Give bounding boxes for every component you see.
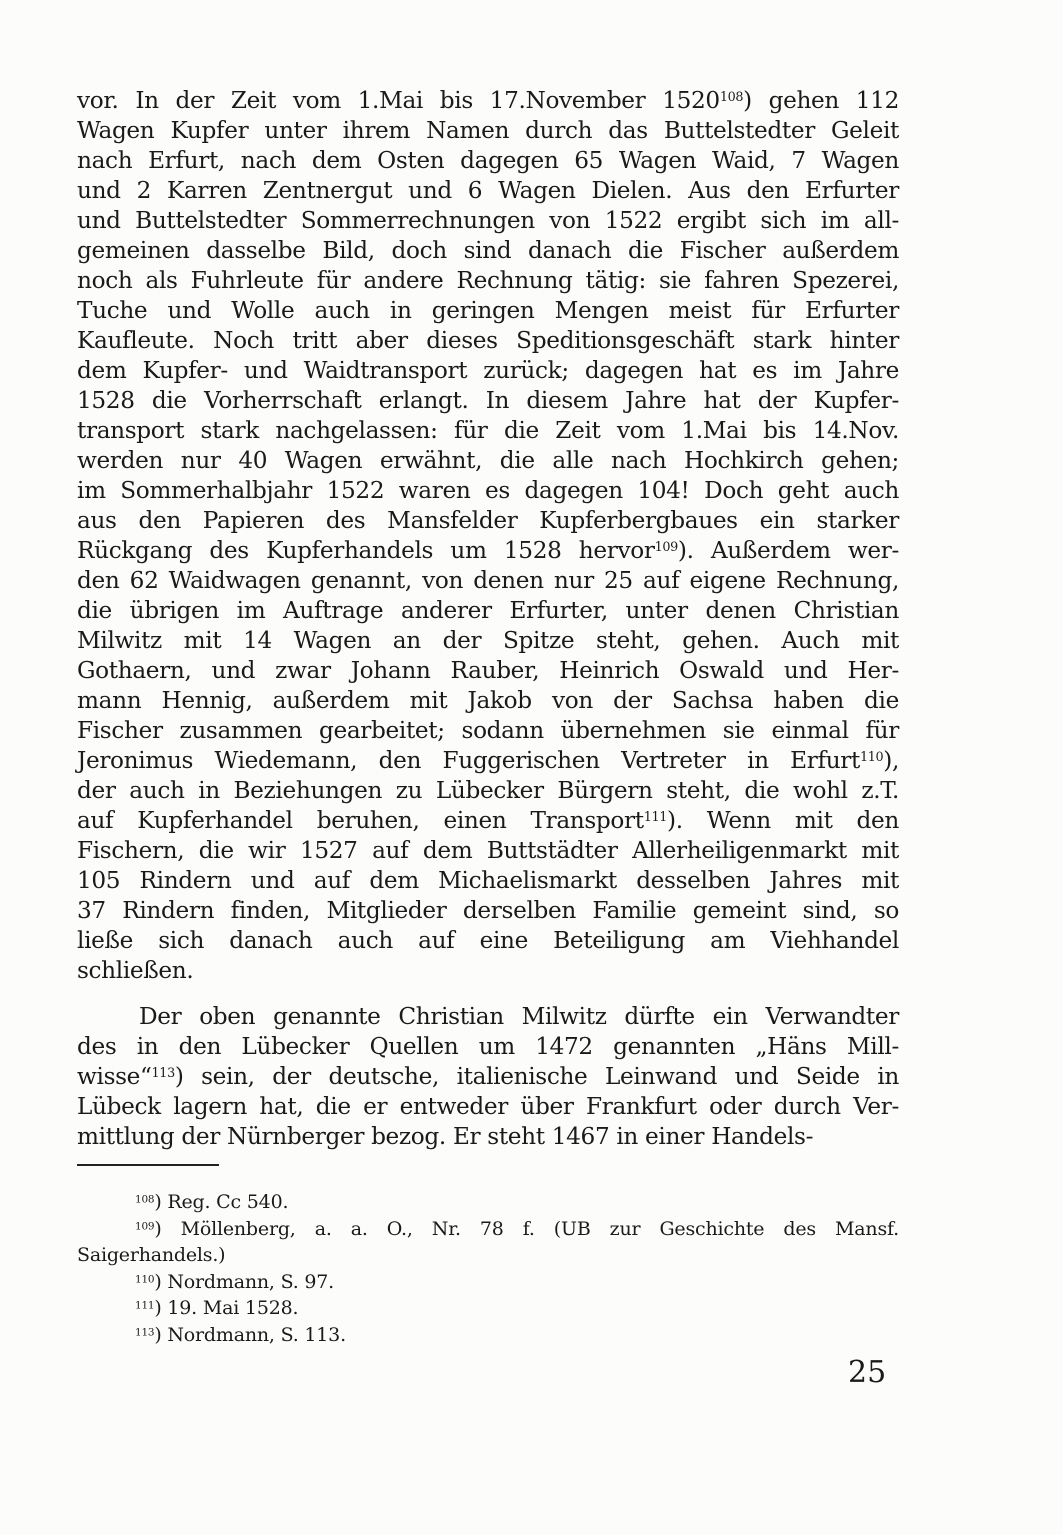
text-line: und 2 Karren Zentnergut und 6 Wagen Diel…: [77, 176, 899, 206]
text-line: mittlung der Nürnberger bezog. Er steht …: [77, 1122, 899, 1152]
text-line: Fischer zusammen gearbeitet; sodann über…: [77, 716, 899, 746]
footnote-number: 109: [135, 1220, 154, 1232]
footnote-ref[interactable]: 110: [860, 750, 883, 765]
text-line: des in den Lübecker Quellen um 1472 gena…: [77, 1032, 899, 1062]
footnote-number: 111: [135, 1299, 154, 1311]
text-line: 37 Rindern finden, Mitglieder derselben …: [77, 896, 899, 926]
text-line: wisse“113) sein, der deutsche, italienis…: [77, 1062, 899, 1092]
text-line: Gothaern, und zwar Johann Rauber, Heinri…: [77, 656, 899, 686]
footnote-continuation: Saigerhandels.): [77, 1242, 899, 1269]
text-line: Fischern, die wir 1527 auf dem Buttstädt…: [77, 836, 899, 866]
text-line: ließe sich danach auch auf eine Beteilig…: [77, 926, 899, 956]
text-line: gemeinen dasselbe Bild, doch sind danach…: [77, 236, 899, 266]
text-line: noch als Fuhrleute für andere Rechnung t…: [77, 266, 899, 296]
text-line: der auch in Beziehungen zu Lübecker Bürg…: [77, 776, 899, 806]
footnote: 113) Nordmann, S. 113.: [77, 1322, 899, 1349]
paragraph: vor. In der Zeit vom 1.Mai bis 17.Novemb…: [77, 86, 899, 986]
book-page: vor. In der Zeit vom 1.Mai bis 17.Novemb…: [0, 0, 1063, 1535]
text-line: 1528 die Vorherrschaft erlangt. In diese…: [77, 386, 899, 416]
footnote: 109) Möllenberg, a. a. O., Nr. 78 f. (UB…: [77, 1216, 899, 1243]
text-line: Kaufleute. Noch tritt aber dieses Spedit…: [77, 326, 899, 356]
text-line: Milwitz mit 14 Wagen an der Spitze steht…: [77, 626, 899, 656]
footnote: 108) Reg. Cc 540.: [77, 1189, 899, 1216]
text-line: vor. In der Zeit vom 1.Mai bis 17.Novemb…: [77, 86, 899, 116]
text-line: 105 Rindern und auf dem Michaelismarkt d…: [77, 866, 899, 896]
text-line: transport stark nachgelassen: für die Ze…: [77, 416, 899, 446]
text-line: schließen.: [77, 956, 899, 986]
text-line: werden nur 40 Wagen erwähnt, die alle na…: [77, 446, 899, 476]
text-line: mann Hennig, außerdem mit Jakob von der …: [77, 686, 899, 716]
footnote-ref[interactable]: 108: [720, 90, 743, 105]
main-text: vor. In der Zeit vom 1.Mai bis 17.Novemb…: [77, 86, 899, 1152]
footnote-number: 113: [135, 1326, 154, 1338]
text-line: und Buttelstedter Sommerrechnungen von 1…: [77, 206, 899, 236]
text-line: die übrigen im Auftrage anderer Erfurter…: [77, 596, 899, 626]
text-line: Der oben genannte Christian Milwitz dürf…: [77, 1002, 899, 1032]
footnote-ref[interactable]: 113: [152, 1066, 175, 1081]
text-line: Rückgang des Kupferhandels um 1528 hervo…: [77, 536, 899, 566]
text-line: aus den Papieren des Mansfelder Kupferbe…: [77, 506, 899, 536]
text-line: im Sommerhalbjahr 1522 waren es dagegen …: [77, 476, 899, 506]
text-line: auf Kupferhandel beruhen, einen Transpor…: [77, 806, 899, 836]
footnote-number: 108: [135, 1193, 154, 1205]
footnote-separator: [77, 1164, 219, 1166]
text-line: dem Kupfer- und Waidtransport zurück; da…: [77, 356, 899, 386]
text-line: Wagen Kupfer unter ihrem Namen durch das…: [77, 116, 899, 146]
footnote-ref[interactable]: 109: [655, 540, 678, 555]
paragraph: Der oben genannte Christian Milwitz dürf…: [77, 1002, 899, 1152]
text-line: nach Erfurt, nach dem Osten dagegen 65 W…: [77, 146, 899, 176]
footnote-number: 110: [135, 1273, 154, 1285]
text-line: Jeronimus Wiedemann, den Fuggerischen Ve…: [77, 746, 899, 776]
text-line: Lübeck lagern hat, die er entweder über …: [77, 1092, 899, 1122]
footnote: 110) Nordmann, S. 97.: [77, 1269, 899, 1296]
text-line: den 62 Waidwagen genannt, von denen nur …: [77, 566, 899, 596]
footnotes: 108) Reg. Cc 540.109) Möllenberg, a. a. …: [77, 1189, 899, 1348]
page-number: 25: [848, 1356, 886, 1390]
text-line: Tuche und Wolle auch in geringen Mengen …: [77, 296, 899, 326]
paragraph-gap: [77, 986, 899, 1002]
footnote: 111) 19. Mai 1528.: [77, 1295, 899, 1322]
footnote-ref[interactable]: 111: [644, 810, 667, 825]
